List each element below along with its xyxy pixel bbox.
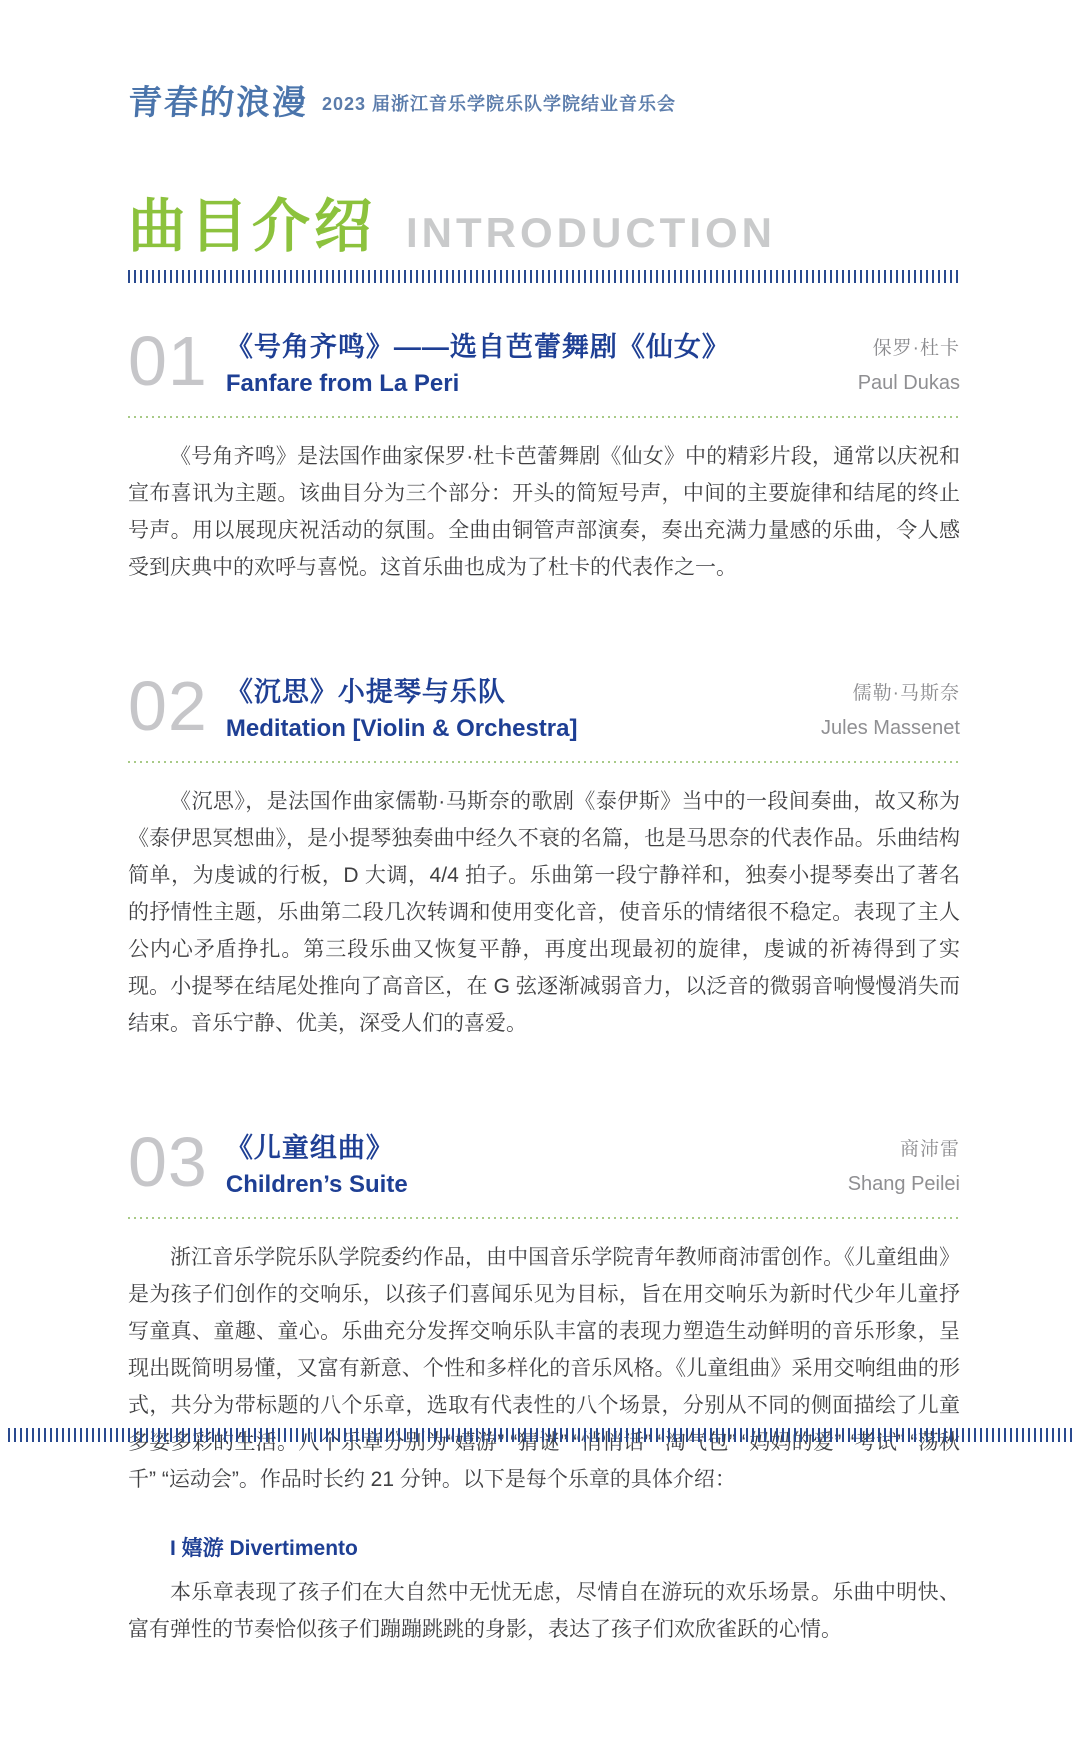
piece-header: 02 《沉思》小提琴与乐队 Meditation [Violin & Orche… (128, 674, 960, 743)
concert-title: 2023 届浙江音乐学院乐队学院结业音乐会 (322, 90, 676, 120)
piece-title-en: Meditation [Violin & Orchestra] (226, 715, 821, 743)
piece-section-2: 02 《沉思》小提琴与乐队 Meditation [Violin & Orche… (128, 674, 960, 1042)
piece-titles: 《沉思》小提琴与乐队 Meditation [Violin & Orchestr… (226, 674, 821, 743)
composer-block: 商沛雷 Shang Peilei (848, 1130, 960, 1196)
composer-name-en: Shang Peilei (848, 1173, 960, 1196)
barcode-divider-top (128, 270, 960, 283)
dotted-divider (128, 761, 960, 763)
piece-number: 03 (128, 1130, 208, 1194)
piece-titles: 《号角齐鸣》——选自芭蕾舞剧《仙女》 Fanfare from La Peri (226, 329, 858, 398)
page-title: 曲目介绍 INTRODUCTION (128, 186, 960, 256)
piece-header: 03 《儿童组曲》 Children’s Suite 商沛雷 Shang Pei… (128, 1130, 960, 1199)
piece-number: 02 (128, 674, 208, 738)
piece-title-zh: 《号角齐鸣》——选自芭蕾舞剧《仙女》 (226, 331, 858, 363)
composer-name-zh: 儒勒·马斯奈 (821, 678, 960, 705)
barcode-divider-bottom (8, 1428, 1072, 1442)
composer-block: 保罗·杜卡 Paul Dukas (858, 329, 960, 395)
dotted-divider (128, 1217, 960, 1219)
brand-logo: 青春的浪漫 (127, 86, 309, 120)
piece-description: 《沉思》，是法国作曲家儒勒·马斯奈的歌剧《泰伊斯》当中的一段间奏曲，故又称为《泰… (128, 783, 960, 1042)
piece-title-zh: 《儿童组曲》 (226, 1132, 848, 1164)
composer-block: 儒勒·马斯奈 Jules Massenet (821, 674, 960, 740)
program-page: 青春的浪漫 2023 届浙江音乐学院乐队学院结业音乐会 曲目介绍 INTRODU… (0, 0, 1080, 1755)
composer-name-en: Jules Massenet (821, 717, 960, 740)
composer-name-zh: 保罗·杜卡 (858, 333, 960, 360)
composer-name-zh: 商沛雷 (848, 1134, 960, 1161)
page-title-zh: 曲目介绍 (128, 198, 376, 256)
piece-description: 浙江音乐学院乐队学院委约作品，由中国音乐学院青年教师商沛雷创作。《儿童组曲》是为… (128, 1239, 960, 1498)
piece-title-en: Fanfare from La Peri (226, 370, 858, 398)
movement-heading: I 嬉游 Divertimento (170, 1532, 960, 1562)
movement-description: 本乐章表现了孩子们在大自然中无忧无虑，尽情自在游玩的欢乐场景。乐曲中明快、富有弹… (128, 1574, 960, 1648)
piece-description: 《号角齐鸣》是法国作曲家保罗·杜卡芭蕾舞剧《仙女》中的精彩片段，通常以庆祝和宣布… (128, 438, 960, 586)
composer-name-en: Paul Dukas (858, 372, 960, 395)
dotted-divider (128, 416, 960, 418)
piece-title-en: Children’s Suite (226, 1171, 848, 1199)
piece-section-3: 03 《儿童组曲》 Children’s Suite 商沛雷 Shang Pei… (128, 1130, 960, 1648)
piece-titles: 《儿童组曲》 Children’s Suite (226, 1130, 848, 1199)
piece-header: 01 《号角齐鸣》——选自芭蕾舞剧《仙女》 Fanfare from La Pe… (128, 329, 960, 398)
piece-section-1: 01 《号角齐鸣》——选自芭蕾舞剧《仙女》 Fanfare from La Pe… (128, 329, 960, 586)
page-title-en: INTRODUCTION (406, 212, 776, 256)
page-header: 青春的浪漫 2023 届浙江音乐学院乐队学院结业音乐会 (128, 72, 960, 120)
piece-title-zh: 《沉思》小提琴与乐队 (226, 676, 821, 708)
piece-number: 01 (128, 329, 208, 393)
